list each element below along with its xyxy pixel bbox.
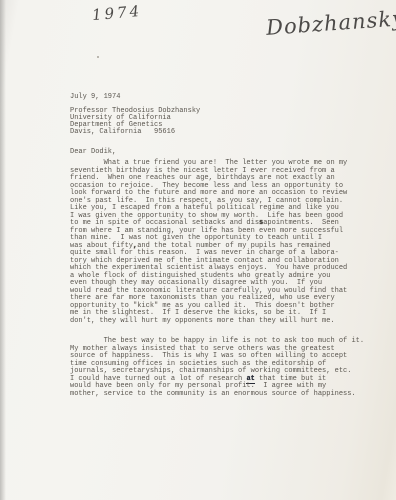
letter-line: Davis, California 95616 <box>70 129 200 136</box>
letter-line: mother, service to the community is an e… <box>70 391 364 399</box>
typewriter-overstrike: s <box>259 219 263 227</box>
handwritten-name-annotation: Dobzhansky <box>265 6 396 40</box>
letter-date: July 9, 1974 <box>70 93 120 101</box>
recipient-address-block: Professor Theodosius DobzhanskyUniversit… <box>70 108 200 136</box>
letter-paragraph-2: The best way to be happy in life is not … <box>70 338 364 398</box>
paper-speck <box>97 56 99 58</box>
paper-edge-shadow <box>0 0 6 500</box>
letter-line: don't, they will hurt my opponents more … <box>70 318 347 326</box>
letter-paragraph-1: What a true friend you are! The letter y… <box>70 160 347 325</box>
handwritten-year-annotation: 1974 <box>91 2 143 24</box>
letter-page: 1974 Dobzhansky July 9, 1974 Professor T… <box>0 0 396 500</box>
salutation: Dear Dodik, <box>70 148 116 156</box>
